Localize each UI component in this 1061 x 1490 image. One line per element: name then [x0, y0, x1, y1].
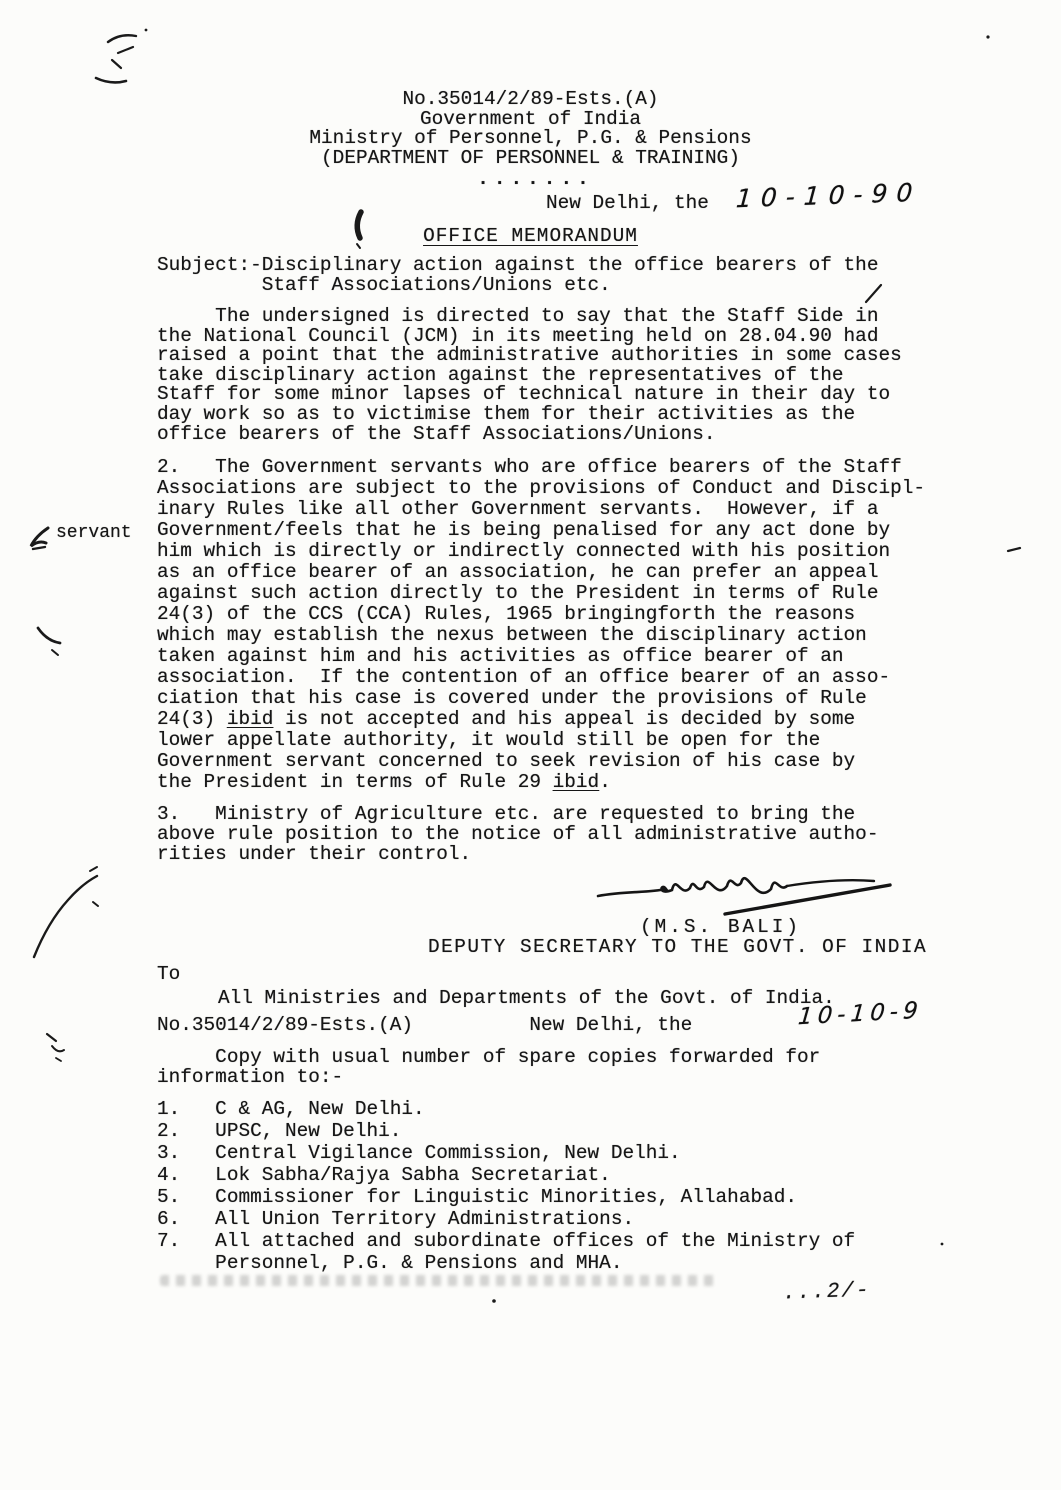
- copy-note: Copy with usual number of spare copies f…: [157, 1047, 820, 1087]
- signature-ink: [590, 860, 920, 922]
- handwritten-date-bottom: 10-10-9: [797, 998, 924, 1031]
- signatory-name: (M.S. BALI): [640, 916, 801, 938]
- paragraph-1: The undersigned is directed to say that …: [157, 307, 902, 444]
- scanned-memo-page: No.35014/2/89-Ests.(A)Government of Indi…: [0, 0, 1061, 1490]
- reference-line: No.35014/2/89-Ests.(A) New Delhi, the: [157, 1014, 692, 1036]
- page-continuation-marker: ...2/-: [783, 1279, 871, 1305]
- to-addressee: All Ministries and Departments of the Go…: [218, 987, 835, 1009]
- document-title-text: OFFICE MEMORANDUM: [423, 225, 638, 247]
- paragraph-2: 2. The Government servants who are offic…: [157, 457, 925, 793]
- to-label: To: [157, 963, 180, 985]
- faded-text-artifact: [160, 1275, 720, 1286]
- document-title: OFFICE MEMORANDUM: [0, 225, 1061, 247]
- letterhead: No.35014/2/89-Ests.(A)Government of Indi…: [0, 90, 1061, 168]
- dateline-label: New Delhi, the: [546, 192, 709, 214]
- margin-note-servant: servant: [56, 523, 132, 543]
- paragraph-3: 3. Ministry of Agriculture etc. are requ…: [157, 804, 878, 864]
- signatory-title: DEPUTY SECRETARY TO THE GOVT. OF INDIA: [428, 936, 927, 958]
- handwritten-date-top: 10-10-90: [735, 178, 922, 214]
- subject-block: Subject:-Disciplinary action against the…: [157, 256, 878, 295]
- distribution-list: 1. C & AG, New Delhi.2. UPSC, New Delhi.…: [157, 1098, 855, 1274]
